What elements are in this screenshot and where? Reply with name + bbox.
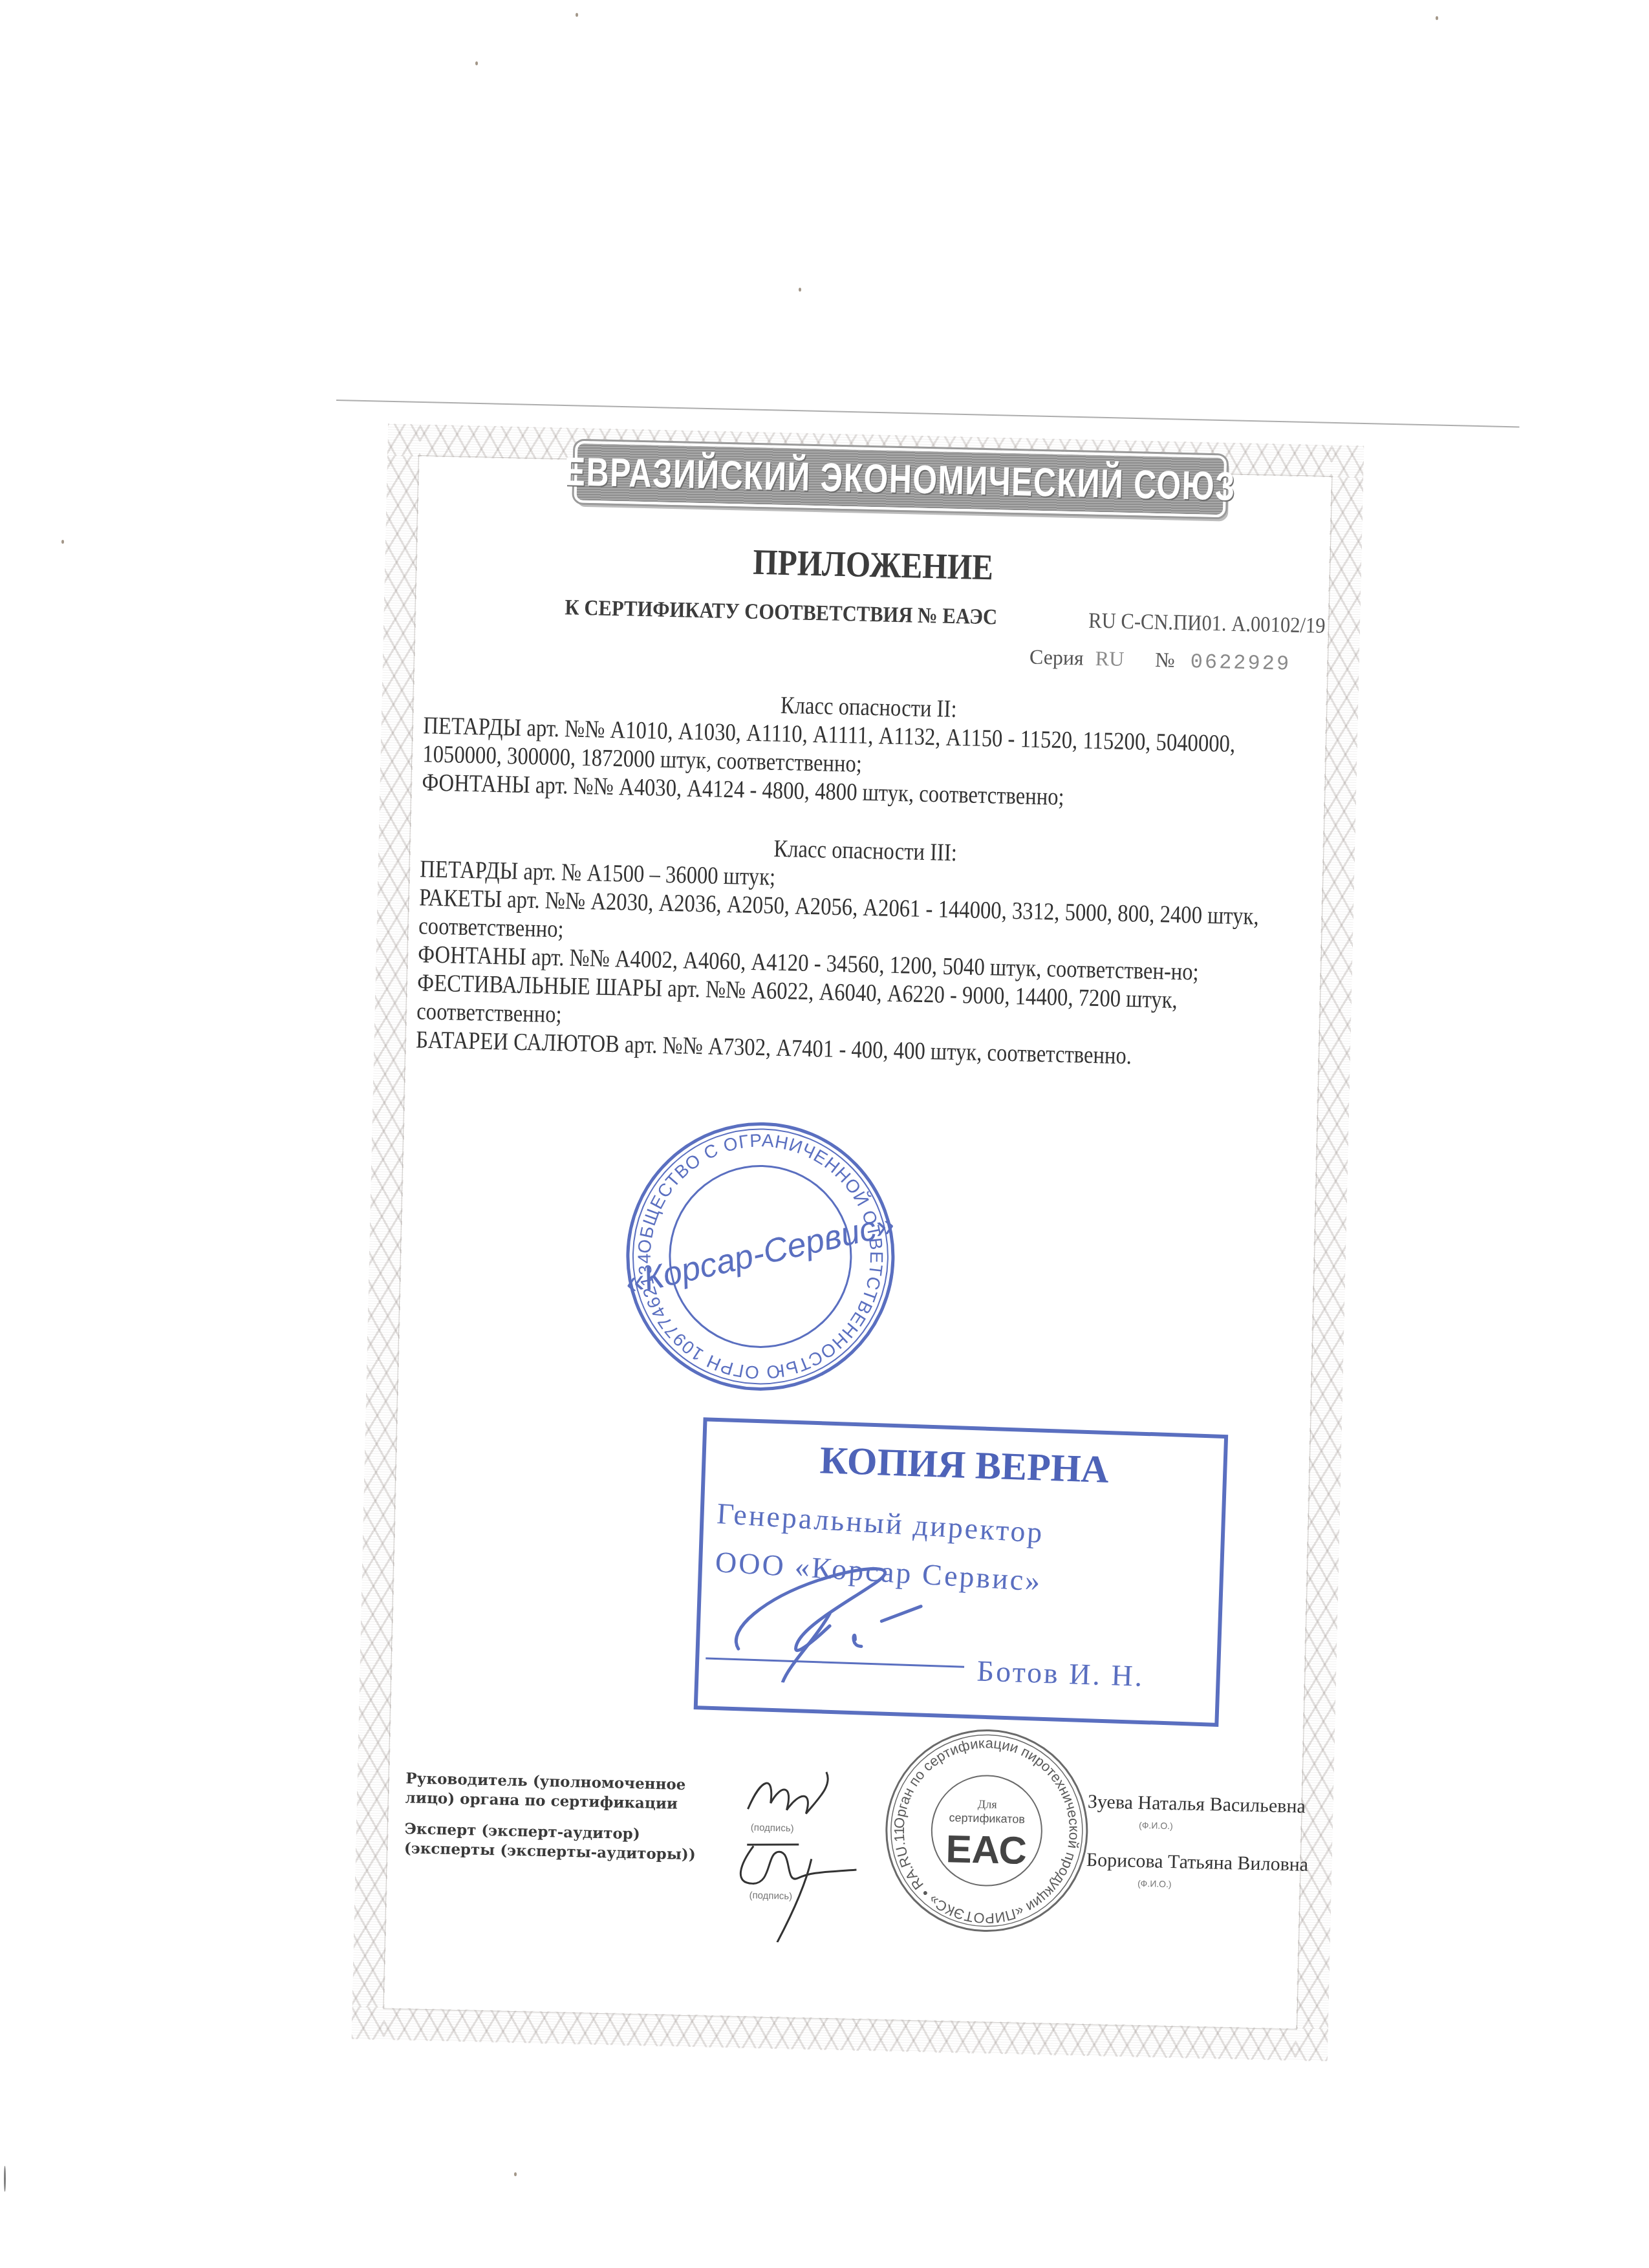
fio-caption: (Ф.И.О.) <box>1139 1820 1173 1831</box>
scanned-sheet-edge <box>336 400 1520 428</box>
director-name: Ботов И. Н. <box>976 1653 1145 1693</box>
director-title: Генеральный директор <box>716 1496 1045 1550</box>
director-signature <box>724 1552 961 1689</box>
signature-caption: (подпись) <box>749 1890 792 1902</box>
scan-speck <box>475 61 478 65</box>
certificate-appendix-page: ЕВРАЗИЙСКИЙ ЭКОНОМИЧЕСКИЙ СОЮЗ ПРИЛОЖЕНИ… <box>351 423 1364 2062</box>
expert-signature <box>726 1837 870 1944</box>
blank-number: 0622929 <box>1190 650 1291 676</box>
number-label: № <box>1155 648 1175 672</box>
copy-certified-heading: КОПИЯ ВЕРНА <box>705 1434 1223 1495</box>
series-value: RU <box>1095 647 1124 670</box>
scan-speck <box>61 540 64 544</box>
org-stamp-center-mid: сертификатов <box>949 1811 1025 1826</box>
org-stamp-center-top: Для <box>978 1797 997 1811</box>
svg-text:Орган по сертификации пиротехн: Орган по сертификации пиротехнической пр… <box>878 1722 1085 1929</box>
eac-mark-icon: ЕАС <box>945 1827 1028 1872</box>
signature-block: Руководитель (уполномоченное лицо) орган… <box>404 1769 697 1876</box>
signature-caption: (подпись) <box>751 1822 794 1834</box>
product-list: Класс опасности II: ПЕТАРДЫ арт. №№ А101… <box>416 683 1314 1074</box>
scan-speck <box>1436 16 1438 20</box>
org-stamp-ring-text: Орган по сертификации пиротехнической пр… <box>878 1722 1085 1929</box>
eaeu-banner-text: ЕВРАЗИЙСКИЙ ЭКОНОМИЧЕСКИЙ СОЮЗ <box>564 449 1236 510</box>
certification-body-stamp: Орган по сертификации пиротехнической пр… <box>878 1722 1095 1940</box>
stamp-company-name: «Корсар-Сервис» <box>621 1205 898 1302</box>
scan-speck <box>514 2172 517 2176</box>
copy-certified-stamp: КОПИЯ ВЕРНА Генеральный директор ООО «Ко… <box>694 1417 1229 1727</box>
fio-caption: (Ф.И.О.) <box>1137 1878 1172 1889</box>
series-label: Серия <box>1029 645 1084 670</box>
scan-speck <box>799 288 801 292</box>
company-round-stamp: ОБЩЕСТВО С ОГРАНИЧЕННОЙ ОТВЕТСТВЕННОСТЬЮ… <box>618 1115 903 1399</box>
scan-edge-mark <box>4 2166 6 2192</box>
head-signature <box>741 1764 839 1824</box>
scan-speck <box>576 13 578 17</box>
